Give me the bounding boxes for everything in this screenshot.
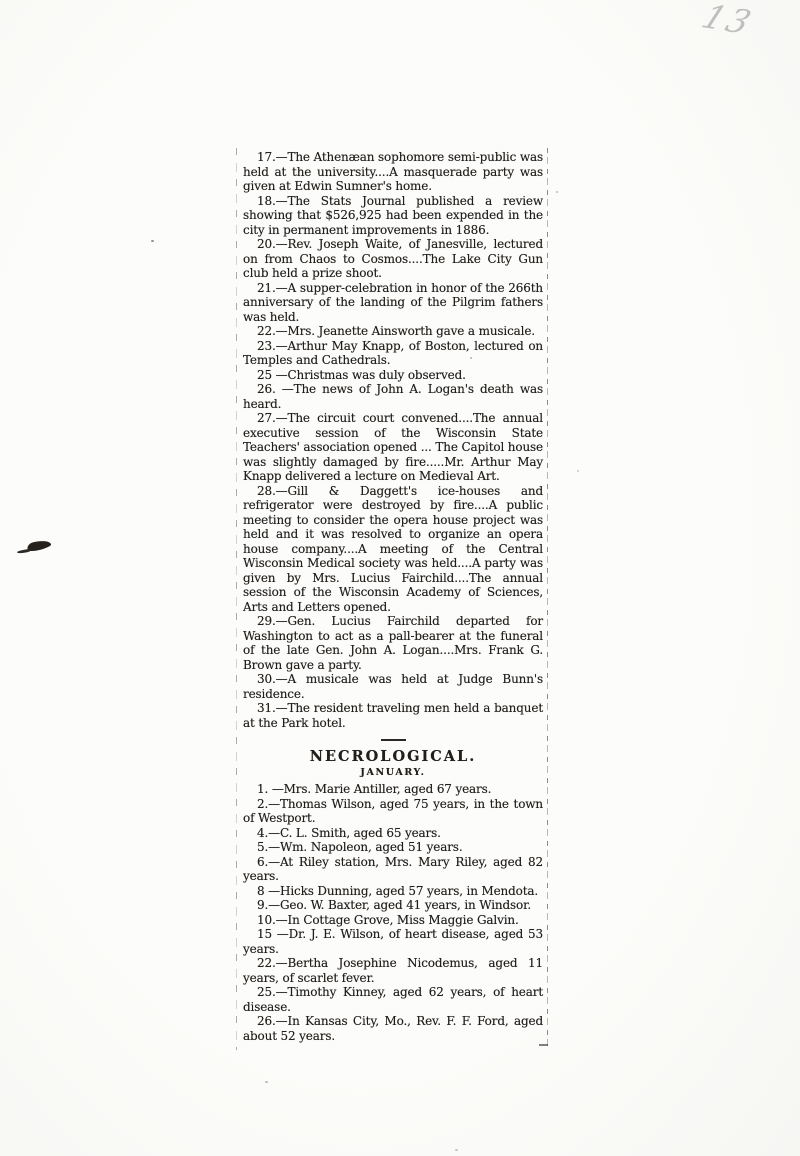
necrological-entries: 1. —Mrs. Marie Antiller, aged 67 years.2… xyxy=(243,782,543,1043)
month-subheading: JANUARY. xyxy=(243,766,543,780)
section-divider-rule xyxy=(381,739,406,741)
news-entry: 17.—The Athenæan sophomore semi-public w… xyxy=(243,150,543,194)
column-rule-foot xyxy=(539,1044,548,1046)
paper-speck xyxy=(151,240,154,242)
news-entry: 25 —Christmas was duly observed. xyxy=(243,368,543,383)
news-entry: 22.—Mrs. Jeanette Ainsworth gave a music… xyxy=(243,324,543,339)
paper-speck xyxy=(577,470,579,472)
handwritten-page-number: 13 xyxy=(696,0,759,42)
column-rule-right xyxy=(547,148,548,1050)
obituary-entry: 8 —Hicks Dunning, aged 57 years, in Mend… xyxy=(243,884,543,899)
news-entry: 28.—Gill & Daggett's ice-houses and refr… xyxy=(243,484,543,615)
obituary-entry: 25.—Timothy Kinney, aged 62 years, of he… xyxy=(243,985,543,1014)
december-chronology-entries: 17.—The Athenæan sophomore semi-public w… xyxy=(243,150,543,730)
obituary-entry: 15 —Dr. J. E. Wilson, of heart disease, … xyxy=(243,927,543,956)
obituary-entry: 5.—Wm. Napoleon, aged 51 years. xyxy=(243,840,543,855)
column-rule-left xyxy=(236,148,237,1050)
scanned-newspaper-page: 13 17.—The Athenæan sophomore semi-publi… xyxy=(0,0,800,1156)
obituary-entry: 2.—Thomas Wilson, aged 75 years, in the … xyxy=(243,797,543,826)
newspaper-column: 17.—The Athenæan sophomore semi-public w… xyxy=(243,150,543,1043)
news-entry: 26. —The news of John A. Logan's death w… xyxy=(243,382,543,411)
news-entry: 21.—A supper-celebration in honor of the… xyxy=(243,281,543,325)
news-entry: 20.—Rev. Joseph Waite, of Janesville, le… xyxy=(243,237,543,281)
obituary-entry: 4.—C. L. Smith, aged 65 years. xyxy=(243,826,543,841)
obituary-entry: 10.—In Cottage Grove, Miss Maggie Galvin… xyxy=(243,913,543,928)
obituary-entry: 6.—At Riley station, Mrs. Mary Riley, ag… xyxy=(243,855,543,884)
paper-speck xyxy=(556,191,558,193)
obituary-entry: 26.—In Kansas City, Mo., Rev. F. F. Ford… xyxy=(243,1014,543,1043)
ink-smudge xyxy=(26,538,51,553)
paper-speck xyxy=(265,1081,268,1083)
obituary-entry: 22.—Bertha Josephine Nicodemus, aged 11 … xyxy=(243,956,543,985)
news-entry: 31.—The resident traveling men held a ba… xyxy=(243,701,543,730)
news-entry: 27.—The circuit court convened....The an… xyxy=(243,411,543,484)
necrological-heading: NECROLOGICAL. xyxy=(243,747,543,766)
obituary-entry: 9.—Geo. W. Baxter, aged 41 years, in Win… xyxy=(243,898,543,913)
news-entry: 23.—Arthur May Knapp, of Boston, lecture… xyxy=(243,339,543,368)
paper-speck xyxy=(455,1149,458,1151)
news-entry: 30.—A musicale was held at Judge Bunn's … xyxy=(243,672,543,701)
obituary-entry: 1. —Mrs. Marie Antiller, aged 67 years. xyxy=(243,782,543,797)
news-entry: 18.—The Stats Journal published a review… xyxy=(243,194,543,238)
news-entry: 29.—Gen. Lucius Fairchild departed for W… xyxy=(243,614,543,672)
